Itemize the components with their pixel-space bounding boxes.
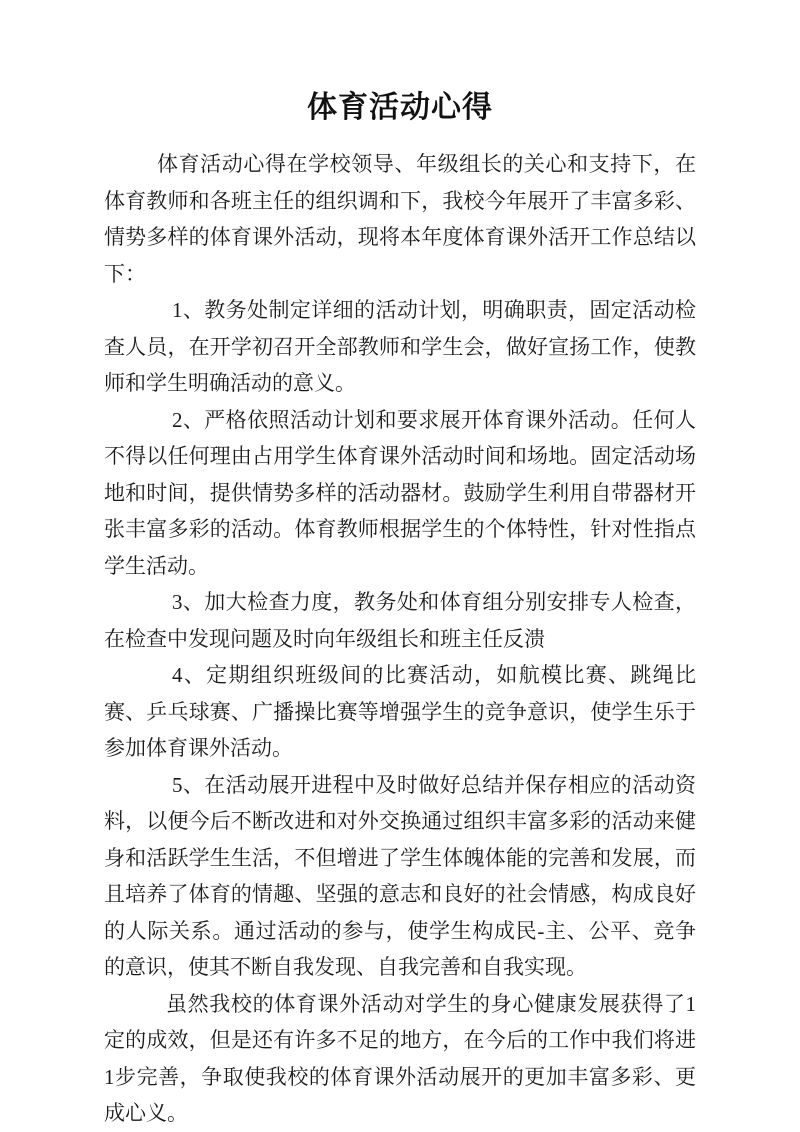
document-page: 体育活动心得 体育活动心得在学校领导、年级组长的关心和支持下，在体育教师和各班主… [0, 0, 800, 1132]
paragraph-item-4: 4、定期组织班级间的比赛活动，如航模比赛、跳绳比赛、乒乓球赛、广播操比赛等增强学… [104, 657, 696, 767]
paragraph-item-2: 2、严格依照活动计划和要求展开体育课外活动。任何人不得以任何理由占用学生体育课外… [104, 402, 696, 585]
paragraph-item-5: 5、在活动展开进程中及时做好总结并保存相应的活动资料，以便今后不断改进和对外交换… [104, 767, 696, 986]
paragraph-conclusion: 虽然我校的体育课外活动对学生的身心健康发展获得了1定的成效，但是还有许多不足的地… [104, 986, 696, 1132]
document-body: 体育活动心得在学校领导、年级组长的关心和支持下，在体育教师和各班主任的组织调和下… [0, 146, 800, 1132]
document-title: 体育活动心得 [0, 0, 800, 130]
paragraph-intro: 体育活动心得在学校领导、年级组长的关心和支持下，在体育教师和各班主任的组织调和下… [104, 146, 696, 292]
paragraph-item-3: 3、加大检查力度，教务处和体育组分别安排专人检查，在检查中发现问题及时向年级组长… [104, 584, 696, 657]
paragraph-item-1: 1、教务处制定详细的活动计划，明确职责，固定活动检查人员，在开学初召开全部教师和… [104, 292, 696, 402]
